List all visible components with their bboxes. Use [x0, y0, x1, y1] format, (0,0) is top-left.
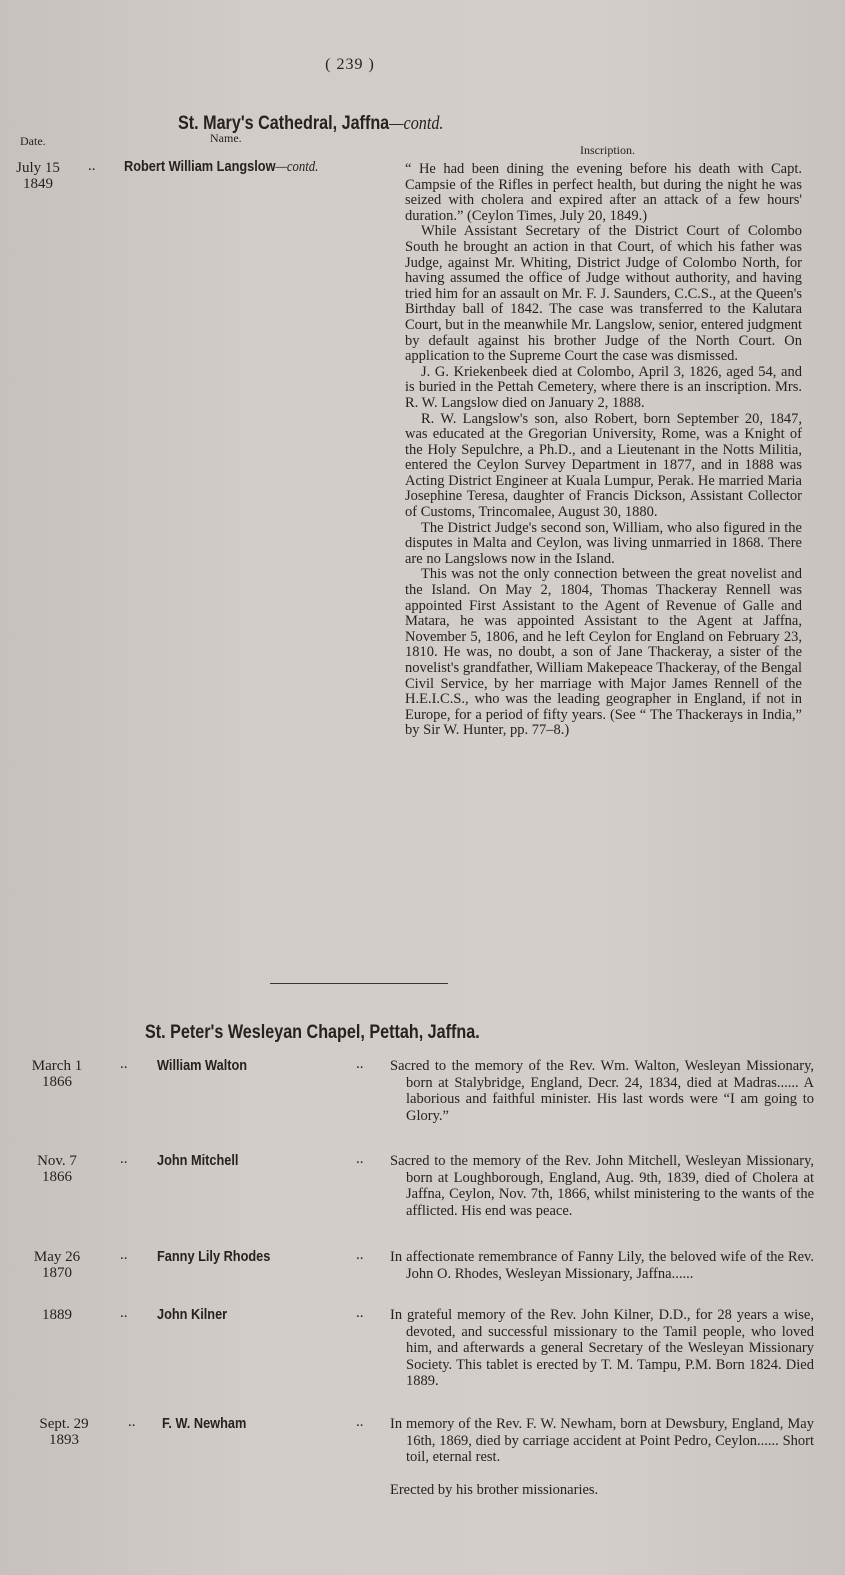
entry-inscription-tail: Erected by his brother missionaries. [390, 1482, 598, 1499]
entry-name: John Mitchell [157, 1152, 238, 1169]
entry-separator: .. [356, 1151, 364, 1168]
inscription-paragraph: This was not the only connection between… [405, 567, 802, 739]
inscription-paragraph: “ He had been dining the evening before … [405, 162, 802, 224]
entry-separator: .. [120, 1305, 128, 1322]
column-header-name: Name. [210, 131, 242, 146]
entry-inscription: In memory of the Rev. F. W. Newham, born… [390, 1416, 814, 1466]
column-header-date: Date. [20, 134, 46, 149]
entry-name: F. W. Newham [162, 1415, 246, 1432]
entry-inscription: Sacred to the memory of the Rev. Wm. Wal… [390, 1058, 814, 1124]
inscription-paragraph: R. W. Langslow's son, also Robert, born … [405, 412, 802, 521]
entry-separator: .. [356, 1414, 364, 1431]
entry-date: May 261870 [22, 1249, 92, 1281]
entry-separator: .. [128, 1414, 136, 1431]
entry-separator: .. [356, 1247, 364, 1264]
section-divider [270, 983, 448, 984]
entry-separator: .. [356, 1305, 364, 1322]
entry-separator: .. [120, 1056, 128, 1073]
entry-name: Robert William Langslow—contd. [124, 158, 318, 176]
inscription-paragraph: J. G. Kriekenbeek died at Colombo, April… [405, 365, 802, 412]
entry-separator: .. [120, 1151, 128, 1168]
entry-separator: .. [356, 1056, 364, 1073]
column-header-inscription: Inscription. [580, 143, 635, 158]
entry-name: John Kilner [157, 1306, 227, 1323]
entry-separator: .. [88, 158, 96, 175]
entry-date: Sept. 291893 [26, 1416, 102, 1448]
inscription-paragraph: While Assistant Secretary of the Distric… [405, 224, 802, 364]
entry-name: Fanny Lily Rhodes [157, 1248, 270, 1265]
entry-date: July 15 1849 [8, 160, 68, 192]
entry-inscription: Sacred to the memory of the Rev. John Mi… [390, 1153, 814, 1219]
entry-separator: .. [120, 1247, 128, 1264]
inscription-paragraph: The District Judge's second son, William… [405, 521, 802, 568]
entry-inscription: In affectionate remembrance of Fanny Lil… [390, 1249, 814, 1282]
entry-inscription: In grateful memory of the Rev. John Kiln… [390, 1307, 814, 1390]
entry-name: William Walton [157, 1057, 247, 1074]
inscription-body: “ He had been dining the evening before … [405, 162, 802, 739]
section-title-st-peters: St. Peter's Wesleyan Chapel, Pettah, Jaf… [145, 1022, 480, 1044]
page-number: ( 239 ) [0, 56, 700, 74]
entry-date: Nov. 71866 [22, 1153, 92, 1185]
entry-date: 1889 [22, 1307, 92, 1323]
entry-date: March 11866 [22, 1058, 92, 1090]
